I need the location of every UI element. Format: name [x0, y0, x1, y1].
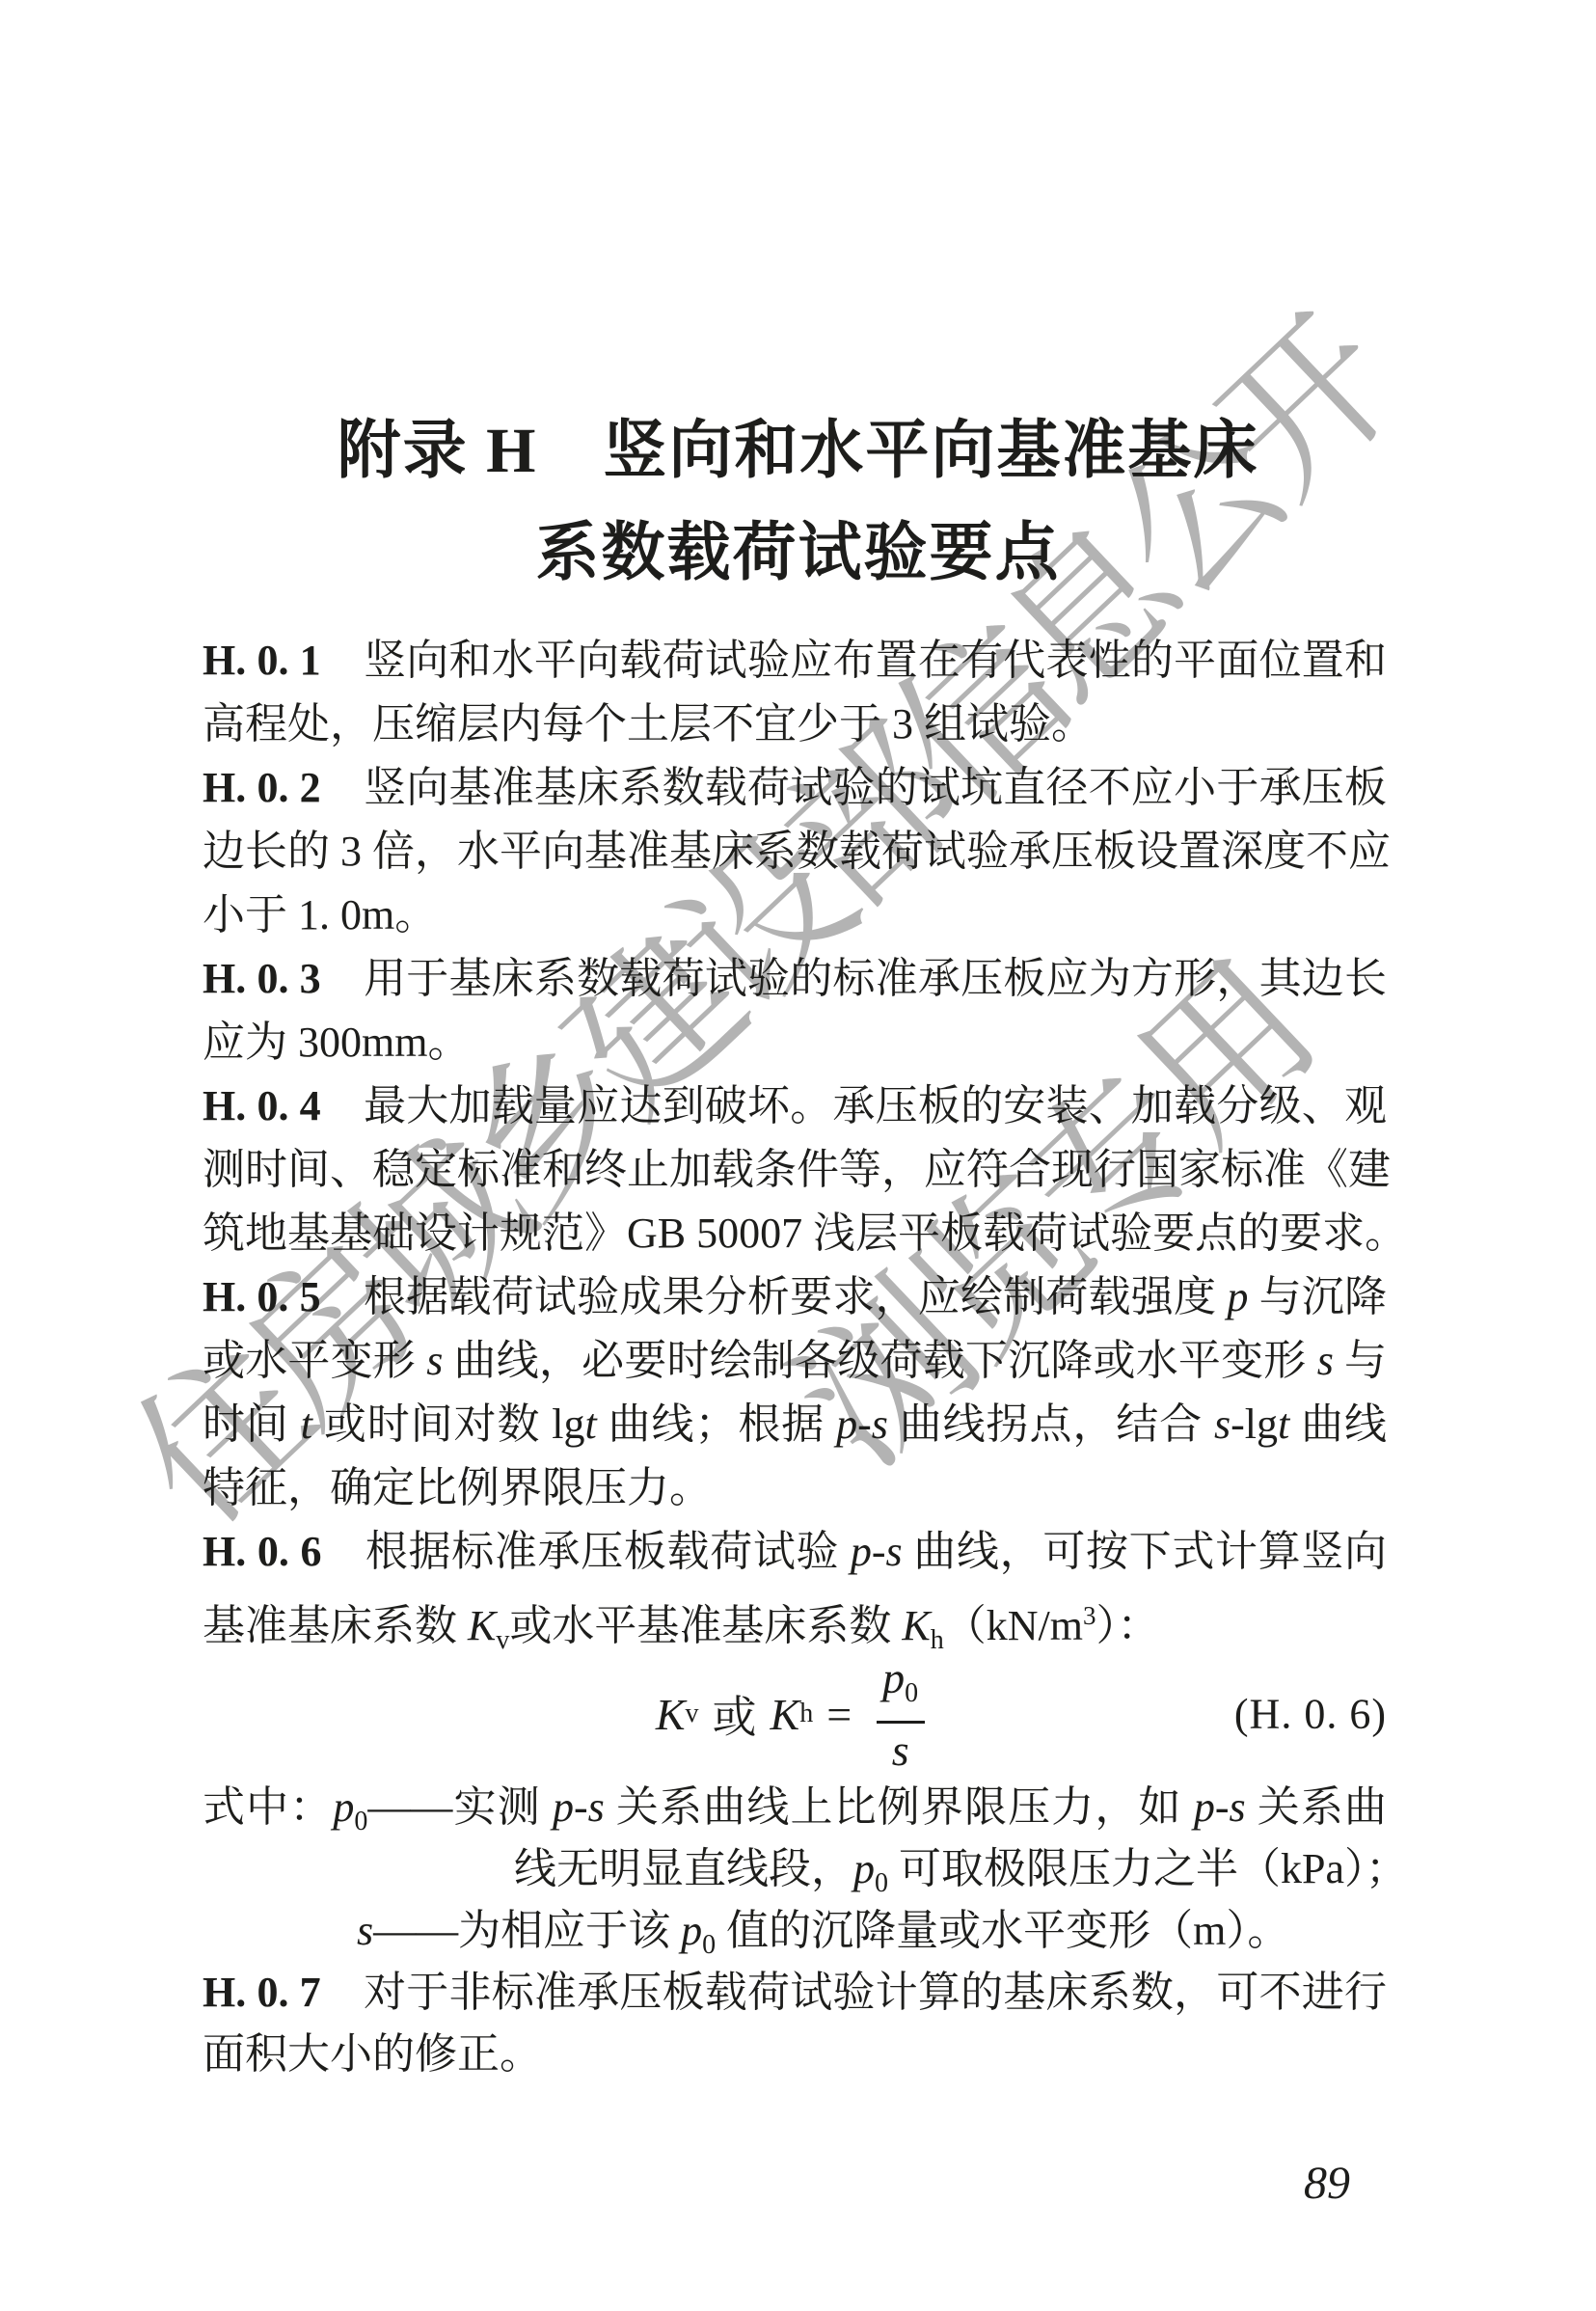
text-line-5: 小于 1. 0m。 — [203, 884, 1387, 947]
text-line-18: 线无明显直线段，p0 可取极限压力之半（kPa）； — [203, 1838, 1387, 1900]
body-text-upper: H. 0. 1 竖向和水平向载荷试验应布置在有代表性的平面位置和高程处，压缩层内… — [203, 629, 1387, 1647]
formula-or: 或 — [713, 1682, 757, 1746]
document-page: 住房城乡建设部信息公开 浏览专用 附录 H 竖向和水平向基准基床 系数载荷试验要… — [0, 0, 1596, 2311]
text-line-11: H. 0. 5 根据载荷试验成果分析要求，应绘制荷载强度 p 与沉降 — [203, 1265, 1387, 1329]
formula-fraction: p0 s — [867, 1651, 933, 1778]
appendix-title: 附录 H 竖向和水平向基准基床 系数载荷试验要点 — [0, 400, 1596, 605]
text-line-3: H. 0. 2 竖向基准基床系数载荷试验的试坑直径不应小于承压板 — [203, 756, 1387, 820]
text-line-10: 筑地基基础设计规范》GB 50007 浅层平板载荷试验要点的要求。 — [203, 1202, 1387, 1265]
page-number: 89 — [1304, 2157, 1350, 2210]
body-text: H. 0. 1 竖向和水平向载荷试验应布置在有代表性的平面位置和高程处，压缩层内… — [203, 629, 1387, 2085]
formula-k2: K — [771, 1689, 800, 1740]
text-line-15: H. 0. 6 根据标准承压板载荷试验 p-s 曲线，可按下式计算竖向 — [203, 1520, 1387, 1584]
formula-equation: Kv或Kh= p0 s — [656, 1651, 933, 1778]
formula-block: Kv或Kh= p0 s (H. 0. 6) — [203, 1651, 1387, 1777]
text-line-19: s——为相应于该 p0 值的沉降量或水平变形（m）。 — [203, 1900, 1387, 1962]
fraction-numerator: p0 — [867, 1651, 933, 1721]
equation-number: (H. 0. 6) — [1234, 1690, 1387, 1739]
text-line-6: H. 0. 3 用于基床系数载荷试验的标准承压板应为方形，其边长 — [203, 947, 1387, 1011]
fraction-denominator: s — [877, 1721, 925, 1778]
appendix-title-line-2: 系数载荷试验要点 — [0, 503, 1596, 605]
text-line-8: H. 0. 4 最大加载量应达到破坏。承压板的安装、加载分级、观 — [203, 1074, 1387, 1138]
text-line-2: 高程处，压缩层内每个土层不宜少于 3 组试验。 — [203, 693, 1387, 756]
formula-k1: K — [656, 1689, 686, 1740]
text-line-14: 特征，确定比例界限压力。 — [203, 1456, 1387, 1520]
text-line-7: 应为 300mm。 — [203, 1011, 1387, 1074]
text-line-13: 时间 t 或时间对数 lgt 曲线；根据 p-s 曲线拐点，结合 s-lgt 曲… — [203, 1393, 1387, 1456]
text-line-17: 式中：p0——实测 p-s 关系曲线上比例界限压力，如 p-s 关系曲 — [203, 1777, 1387, 1838]
text-line-16: 基准基床系数 Kv或水平基准基床系数 Kh（kN/m3）： — [203, 1584, 1387, 1647]
appendix-title-line-1: 附录 H 竖向和水平向基准基床 — [0, 400, 1596, 503]
text-line-1: H. 0. 1 竖向和水平向载荷试验应布置在有代表性的平面位置和 — [203, 629, 1387, 693]
formula-k1-subscript: v — [686, 1699, 699, 1729]
equals-sign: = — [826, 1689, 852, 1740]
text-line-4: 边长的 3 倍，水平向基准基床系数载荷试验承压板设置深度不应 — [203, 820, 1387, 884]
text-line-9: 测时间、稳定标准和终止加载条件等，应符合现行国家标准《建 — [203, 1138, 1387, 1202]
page-content: 附录 H 竖向和水平向基准基床 系数载荷试验要点 H. 0. 1 竖向和水平向载… — [0, 0, 1596, 2311]
text-line-20: H. 0. 7 对于非标准承压板载荷试验计算的基床系数，可不进行 — [203, 1962, 1387, 2024]
formula-k2-subscript: h — [799, 1699, 813, 1729]
text-line-12: 或水平变形 s 曲线，必要时绘制各级荷载下沉降或水平变形 s 与 — [203, 1329, 1387, 1393]
text-line-21: 面积大小的修正。 — [203, 2024, 1387, 2085]
body-text-lower: 式中：p0——实测 p-s 关系曲线上比例界限压力，如 p-s 关系曲线无明显直… — [203, 1777, 1387, 2085]
